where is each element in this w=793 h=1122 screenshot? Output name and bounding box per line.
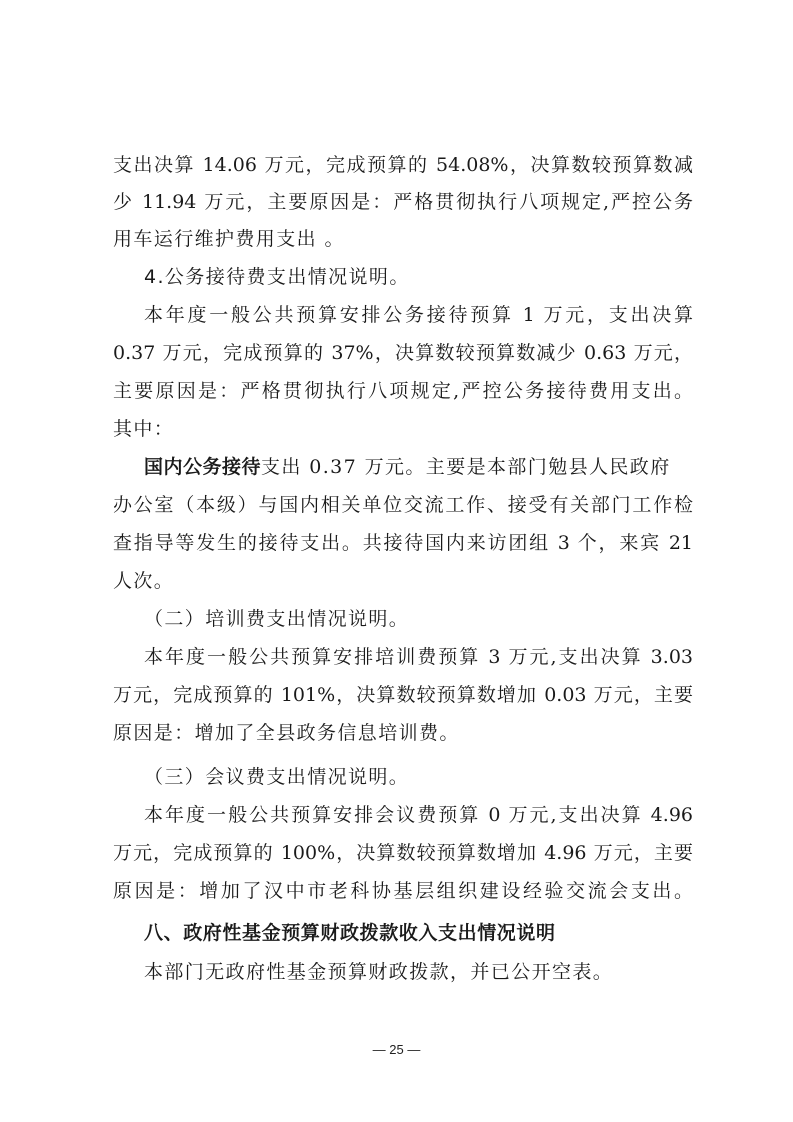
- body-line: 本年度一般公共预算安排培训费预算 3 万元,支出决算 3.03: [144, 645, 693, 669]
- domestic-reception-line: 国内公务接待支出 0.37 万元。主要是本部门勉县人民政府: [144, 455, 693, 479]
- body-line: 万元，完成预算的 101%，决算数较预算数增加 0.03 万元，主要: [113, 683, 693, 707]
- domestic-reception-label: 国内公务接待: [144, 456, 261, 478]
- body-line: 原因是：增加了全县政务信息培训费。: [113, 721, 693, 745]
- body-line: 办公室（本级）与国内相关单位交流工作、接受有关部门工作检: [113, 493, 693, 517]
- section-heading-gov-fund: 八、政府性基金预算财政拨款收入支出情况说明: [144, 921, 693, 945]
- body-line: 查指导等发生的接待支出。共接待国内来访团组 3 个，来宾 21: [113, 531, 693, 555]
- page-number: — 25 —: [0, 1042, 793, 1057]
- body-line: 支出决算 14.06 万元，完成预算的 54.08%，决算数较预算数减: [113, 153, 693, 177]
- body-line: 其中：: [113, 417, 693, 441]
- section-heading-reception: 4.公务接待费支出情况说明。: [144, 265, 693, 289]
- body-line: 本年度一般公共预算安排公务接待预算 1 万元，支出决算: [144, 303, 693, 327]
- body-line: 人次。: [113, 569, 693, 593]
- document-page: 支出决算 14.06 万元，完成预算的 54.08%，决算数较预算数减 少 11…: [0, 0, 793, 1122]
- body-line: 本年度一般公共预算安排会议费预算 0 万元,支出决算 4.96: [144, 803, 693, 827]
- body-line: 少 11.94 万元，主要原因是：严格贯彻执行八项规定,严控公务: [113, 190, 693, 214]
- body-line: 用车运行维护费用支出 。: [113, 227, 693, 251]
- body-line: 原因是：增加了汉中市老科协基层组织建设经验交流会支出。: [113, 879, 693, 903]
- domestic-reception-text: 支出 0.37 万元。主要是本部门勉县人民政府: [261, 456, 671, 478]
- body-line: 本部门无政府性基金预算财政拨款，并已公开空表。: [144, 960, 693, 984]
- body-line: 万元，完成预算的 100%，决算数较预算数增加 4.96 万元，主要: [113, 841, 693, 865]
- body-line: 主要原因是：严格贯彻执行八项规定,严控公务接待费用支出。: [113, 379, 693, 403]
- section-heading-training: （二）培训费支出情况说明。: [144, 607, 693, 631]
- section-heading-meeting: （三）会议费支出情况说明。: [144, 765, 693, 789]
- body-line: 0.37 万元，完成预算的 37%，决算数较预算数减少 0.63 万元，: [113, 341, 693, 365]
